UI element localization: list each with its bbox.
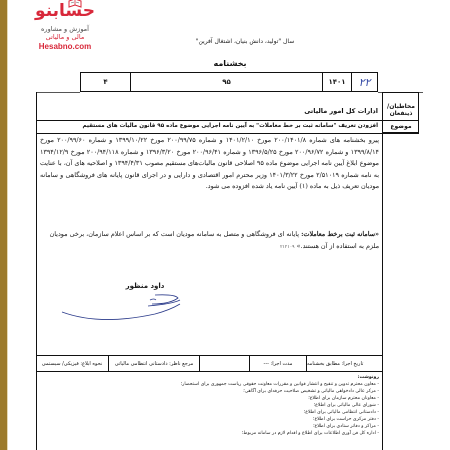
row-divider	[36, 120, 419, 121]
handwritten-number-cell: ۲۲	[352, 73, 377, 91]
logo-url[interactable]: Hesabno.com	[30, 42, 100, 52]
body-paragraph: پیرو بخشنامه های شماره ۲۰۰/۱۴۰۱/۸ مورخ ۱…	[40, 135, 379, 193]
cc-item: - مرکز عالی دادخواهی مالیاتی و تشخیص صلا…	[40, 388, 379, 395]
year-cell: ۱۴۰۱	[323, 73, 352, 91]
signer-name: داود منظور	[115, 282, 175, 290]
logo-wordmark: حسابنو	[30, 2, 100, 20]
cc-item: - شورای عالی مالیاتی برای اطلاع؛	[40, 402, 379, 409]
cc-title: رونوشت:	[40, 374, 379, 381]
footer-info-row: نحوه ابلاغ: فیزیکی/ سیستمی مرجع ناظر: دا…	[36, 355, 383, 372]
circular-number-cell: ۹۵	[131, 73, 323, 91]
blank-cell	[200, 356, 250, 371]
body-paragraph-text: پیرو بخشنامه های شماره ۲۰۰/۱۴۰۱/۸ مورخ ۱…	[40, 135, 379, 193]
cc-item: - مراکز و دفاتر ستادی برای اطلاع؛	[40, 423, 379, 430]
signature-scribble-icon	[60, 290, 200, 330]
logo-tagline-1: آموزش و مشاوره	[30, 25, 100, 33]
recipients-label: مخاطبان/ذینفعان	[384, 103, 418, 117]
year-slogan: سال "تولید، دانش بنیان، اشتغال آفرین"	[175, 38, 315, 45]
logo-mark: حسابنو	[30, 2, 100, 22]
cc-item: - اداره کل فن آوری اطلاعات برای اطلاع و …	[40, 430, 379, 437]
execution-duration: مدت اجرا: ---	[250, 356, 307, 371]
cc-list: رونوشت: - معاون محترم تدوین و تنقیح و ان…	[40, 374, 379, 437]
definition-note: «سامانه ثبت برخط معاملات: پایانه ای فروش…	[40, 229, 379, 253]
logo-tagline-2: مالی و مالیاتی	[30, 33, 100, 41]
cc-item: - معاونان محترم سازمان برای اطلاع؛	[40, 395, 379, 402]
cc-item: - معاون محترم تدوین و تنقیح و انتشار قوا…	[40, 381, 379, 388]
subject-value: افزودن تعریف "سامانه ثبت بر خط معاملات" …	[82, 123, 378, 129]
cc-item: - دفتر مرکزی حراست برای اطلاع؛	[40, 416, 379, 423]
page-border-strip	[0, 0, 7, 450]
document-title: بخشنامه	[180, 59, 280, 68]
definition-term: «سامانه ثبت برخط معاملات:	[301, 230, 379, 238]
attachment-count-cell: ۴	[81, 73, 131, 91]
cc-item: - دادستانی انتظامی مالیاتی برای اطلاع؛	[40, 409, 379, 416]
row-divider	[36, 133, 419, 134]
notification-method: نحوه ابلاغ: فیزیکی/ سیستمی	[36, 356, 109, 371]
reference-stamp: ۲۱۲۱۰۹	[280, 245, 295, 250]
reference-table: ۴ ۹۵ ۱۴۰۱ ۲۲	[80, 72, 378, 92]
recipients-value: ادارات کل امور مالیاتی	[304, 107, 378, 115]
brand-logo: حسابنو آموزش و مشاوره مالی و مالیاتی Hes…	[30, 2, 100, 52]
supervisor-authority: مرجع ناظر: دادستانی انتظامی مالیاتی	[109, 356, 200, 371]
execution-date: تاریخ اجرا: مطابق بخشنامه	[307, 356, 383, 371]
open-book-icon	[68, 0, 82, 8]
subject-label: موضوع	[384, 123, 418, 130]
page-border-edge	[7, 0, 8, 450]
